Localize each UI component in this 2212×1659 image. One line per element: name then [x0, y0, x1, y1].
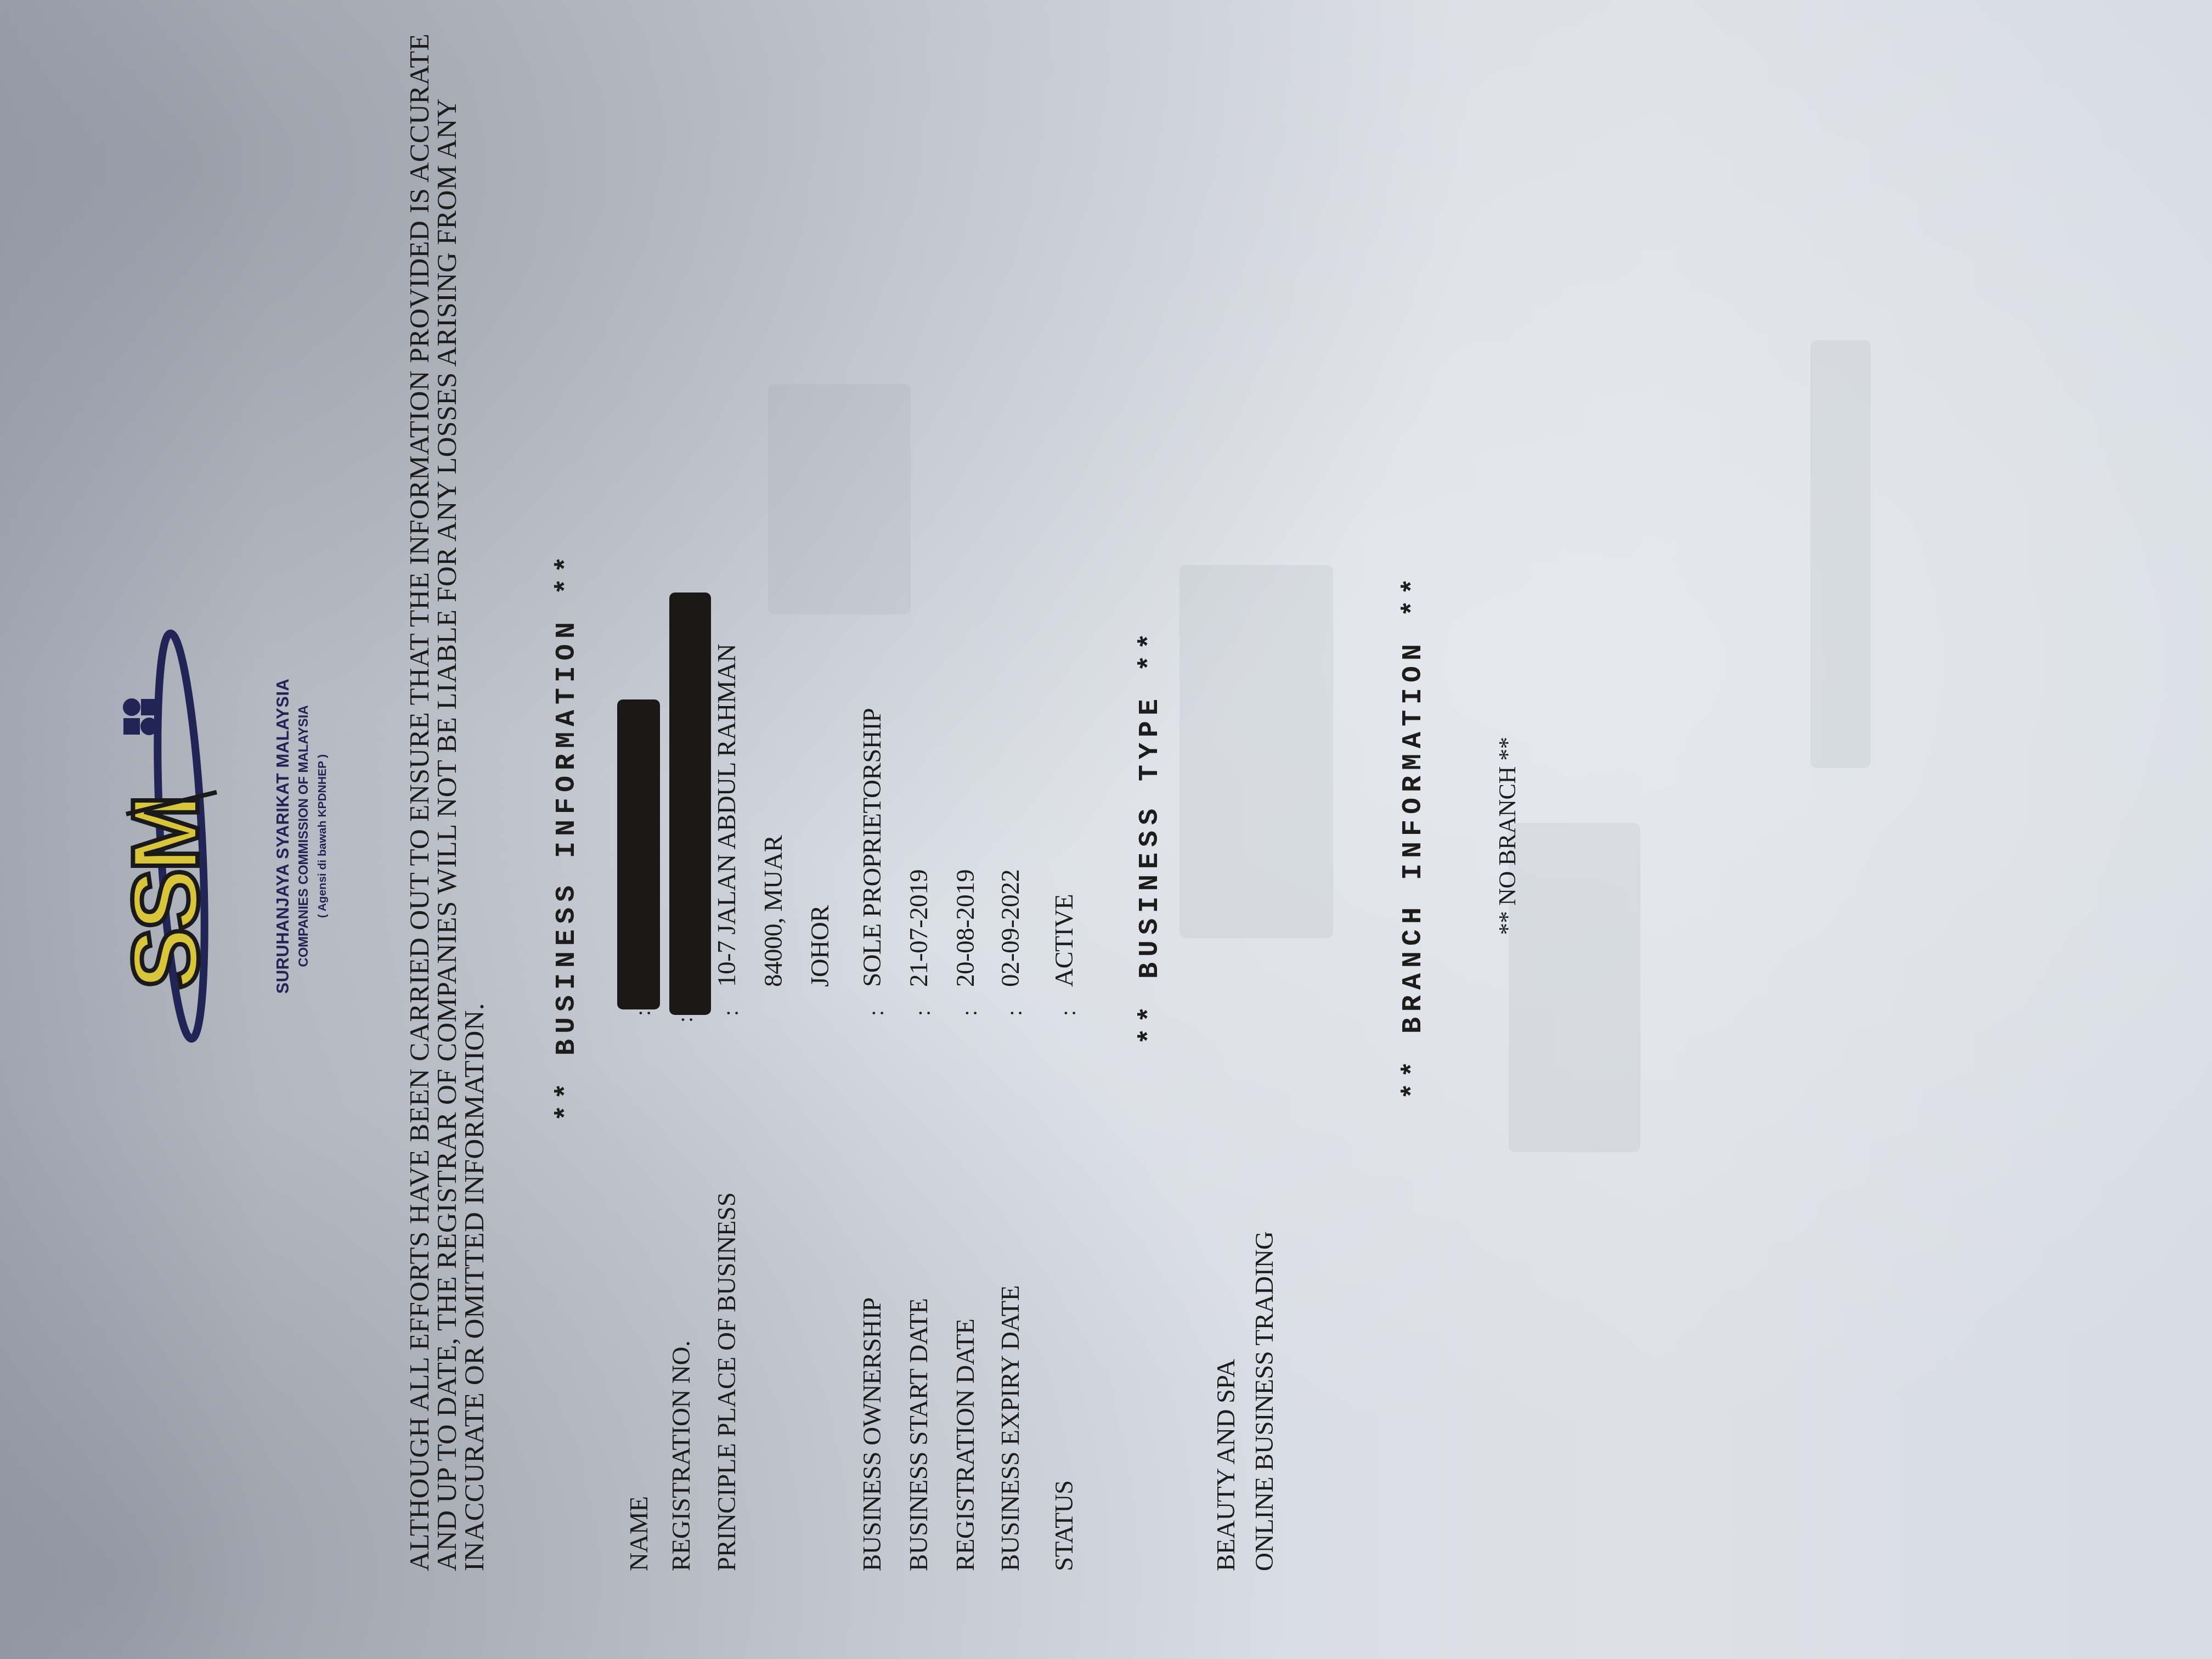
value-address-line-3: JOHOR — [805, 905, 835, 987]
disclaimer-line-1: ALTHOUGH ALL EFFORTS HAVE BEEN CARRIED O… — [406, 33, 434, 1571]
separator: : — [1055, 1010, 1081, 1016]
section-title-branch-information: ** BRANCH INFORMATION ** — [1398, 573, 1429, 1099]
ssm-logo-icon: SSM — [115, 622, 219, 1050]
value-business-expiry-date: 02-09-2022 — [996, 870, 1025, 987]
business-type-item: BEAUTY AND SPA — [1211, 1359, 1241, 1572]
separator: : — [863, 1010, 889, 1016]
label-name: NAME — [624, 1497, 654, 1571]
value-address-line-2: 84000, MUAR — [759, 835, 788, 987]
value-business-ownership: SOLE PROPRIETORSHIP — [857, 708, 887, 987]
org-name-malay: SURUHANJAYA SYARIKAT MALAYSIA — [273, 679, 293, 994]
section-title-business-type: ** BUSINESS TYPE ** — [1135, 628, 1166, 1045]
value-status: ACTIVE — [1049, 894, 1079, 987]
no-branch-note: ** NO BRANCH ** — [1493, 737, 1521, 935]
label-registration-no: REGISTRATION NO. — [667, 1341, 696, 1571]
business-type-item: ONLINE BUSINESS TRADING — [1250, 1231, 1279, 1571]
separator: : — [630, 1010, 656, 1016]
separator: : — [956, 1010, 982, 1016]
redacted-name — [617, 699, 660, 1009]
section-title-business-information: ** BUSINESS INFORMATION ** — [551, 551, 583, 1121]
label-status: STATUS — [1049, 1480, 1079, 1571]
value-business-start-date: 21-07-2019 — [904, 870, 934, 987]
disclaimer-line-2: AND UP TO DATE, THE REGISTRAR OF COMPANI… — [433, 98, 461, 1571]
separator: : — [910, 1010, 935, 1016]
separator: : — [1001, 1010, 1027, 1016]
label-business-ownership: BUSINESS OWNERSHIP — [857, 1297, 887, 1571]
org-name-english: COMPANIES COMMISSION OF MALAYSIA — [296, 705, 312, 967]
label-principle-place: PRINCIPLE PLACE OF BUSINESS — [712, 1193, 742, 1571]
separator: : — [718, 1010, 743, 1016]
org-agency: ( Agensi di bawah KPDNHEP ) — [316, 754, 329, 918]
label-business-start-date: BUSINESS START DATE — [904, 1298, 934, 1571]
value-registration-date: 20-08-2019 — [951, 870, 980, 987]
svg-text:SSM: SSM — [115, 798, 218, 990]
document-page: SSM SURUHANJAYA SYARIKAT MALAYSIA COMPAN… — [0, 0, 2212, 1659]
separator: : — [672, 1017, 698, 1023]
label-business-expiry-date: BUSINESS EXPIRY DATE — [996, 1285, 1025, 1571]
label-registration-date: REGISTRATION DATE — [951, 1319, 980, 1571]
ssm-logo: SSM — [115, 622, 219, 1050]
disclaimer-line-3: INACCURATE OR OMITTED INFORMATION. — [461, 1003, 489, 1571]
redacted-registration-no — [669, 592, 711, 1015]
value-address-line-1: 10-7 JALAN ABDUL RAHMAN — [712, 644, 742, 987]
